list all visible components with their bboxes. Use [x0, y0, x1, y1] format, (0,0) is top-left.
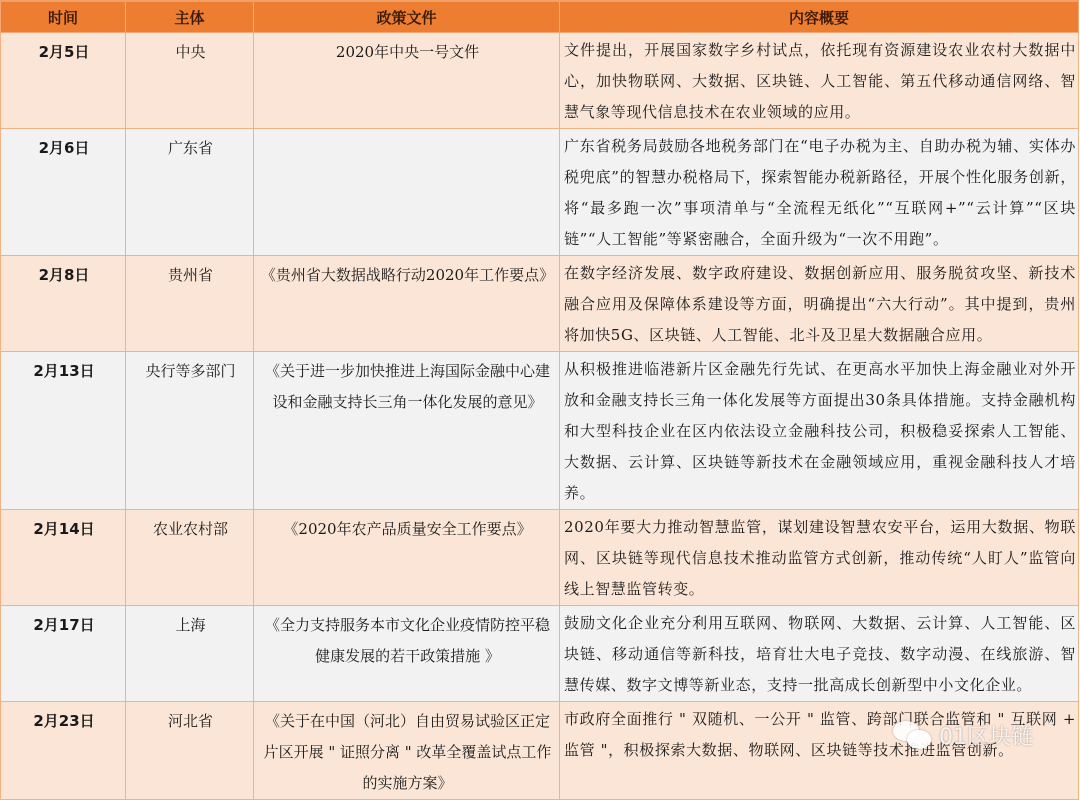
wechat-icon [893, 721, 933, 751]
watermark: 01区块链 [893, 720, 1033, 751]
cell-document: 《贵州省大数据战略行动2020年工作要点》 [254, 256, 560, 352]
watermark-text: 01区块链 [939, 720, 1033, 751]
header-document: 政策文件 [254, 1, 560, 33]
cell-entity: 央行等多部门 [126, 352, 254, 510]
cell-date: 2月5日 [1, 33, 126, 129]
cell-summary: 广东省税务局鼓励各地税务部门在“电子办税为主、自助办税为辅、实体办税兜底”的智慧… [560, 129, 1079, 256]
cell-document: 《关于进一步加快推进上海国际金融中心建设和金融支持长三角一体化发展的意见》 [254, 352, 560, 510]
table-row: 2月13日 央行等多部门 《关于进一步加快推进上海国际金融中心建设和金融支持长三… [1, 352, 1079, 510]
cell-entity: 中央 [126, 33, 254, 129]
table-row: 2月6日 广东省 广东省税务局鼓励各地税务部门在“电子办税为主、自助办税为辅、实… [1, 129, 1079, 256]
header-entity: 主体 [126, 1, 254, 33]
cell-document: 2020年中央一号文件 [254, 33, 560, 129]
header-summary: 内容概要 [560, 1, 1079, 33]
cell-entity: 河北省 [126, 702, 254, 789]
table-row: 2月14日 农业农村部 《2020年农产品质量安全工作要点》 2020年要大力推… [1, 510, 1079, 606]
cell-date: 2月13日 [1, 352, 126, 510]
cell-entity: 农业农村部 [126, 510, 254, 606]
cell-document: 《关于在中国（河北）自由贸易试验区正定片区开展 " 证照分离 " 改革全覆盖试点… [254, 702, 560, 789]
cell-document [254, 129, 560, 256]
table-row: 2月8日 贵州省 《贵州省大数据战略行动2020年工作要点》 在数字经济发展、数… [1, 256, 1079, 352]
cell-date: 2月8日 [1, 256, 126, 352]
table-row: 2月17日 上海 《全力支持服务本市文化企业疫情防控平稳健康发展的若干政策措施 … [1, 606, 1079, 702]
cell-summary: 鼓励文化企业充分利用互联网、物联网、大数据、云计算、人工智能、区块链、移动通信等… [560, 606, 1079, 702]
header-row: 时间 主体 政策文件 内容概要 [1, 1, 1079, 33]
cell-summary: 文件提出，开展国家数字乡村试点，依托现有资源建设农业农村大数据中心，加快物联网、… [560, 33, 1079, 129]
cell-summary: 从积极推进临港新片区金融先行先试、在更高水平加快上海金融业对外开放和金融支持长三… [560, 352, 1079, 510]
cell-date: 2月17日 [1, 606, 126, 702]
cell-document: 《全力支持服务本市文化企业疫情防控平稳健康发展的若干政策措施 》 [254, 606, 560, 702]
cell-date: 2月6日 [1, 129, 126, 256]
policy-table: 时间 主体 政策文件 内容概要 2月5日 中央 2020年中央一号文件 文件提出… [0, 0, 1079, 788]
header-date: 时间 [1, 1, 126, 33]
cell-summary: 在数字经济发展、数字政府建设、数据创新应用、服务脱贫攻坚、新技术融合应用及保障体… [560, 256, 1079, 352]
cell-document: 《2020年农产品质量安全工作要点》 [254, 510, 560, 606]
cell-entity: 上海 [126, 606, 254, 702]
table-row: 2月5日 中央 2020年中央一号文件 文件提出，开展国家数字乡村试点，依托现有… [1, 33, 1079, 129]
cell-date: 2月14日 [1, 510, 126, 606]
cell-summary: 2020年要大力推动智慧监管，谋划建设智慧农安平台，运用大数据、物联网、区块链等… [560, 510, 1079, 606]
cell-entity: 广东省 [126, 129, 254, 256]
cell-date: 2月23日 [1, 702, 126, 789]
cell-entity: 贵州省 [126, 256, 254, 352]
